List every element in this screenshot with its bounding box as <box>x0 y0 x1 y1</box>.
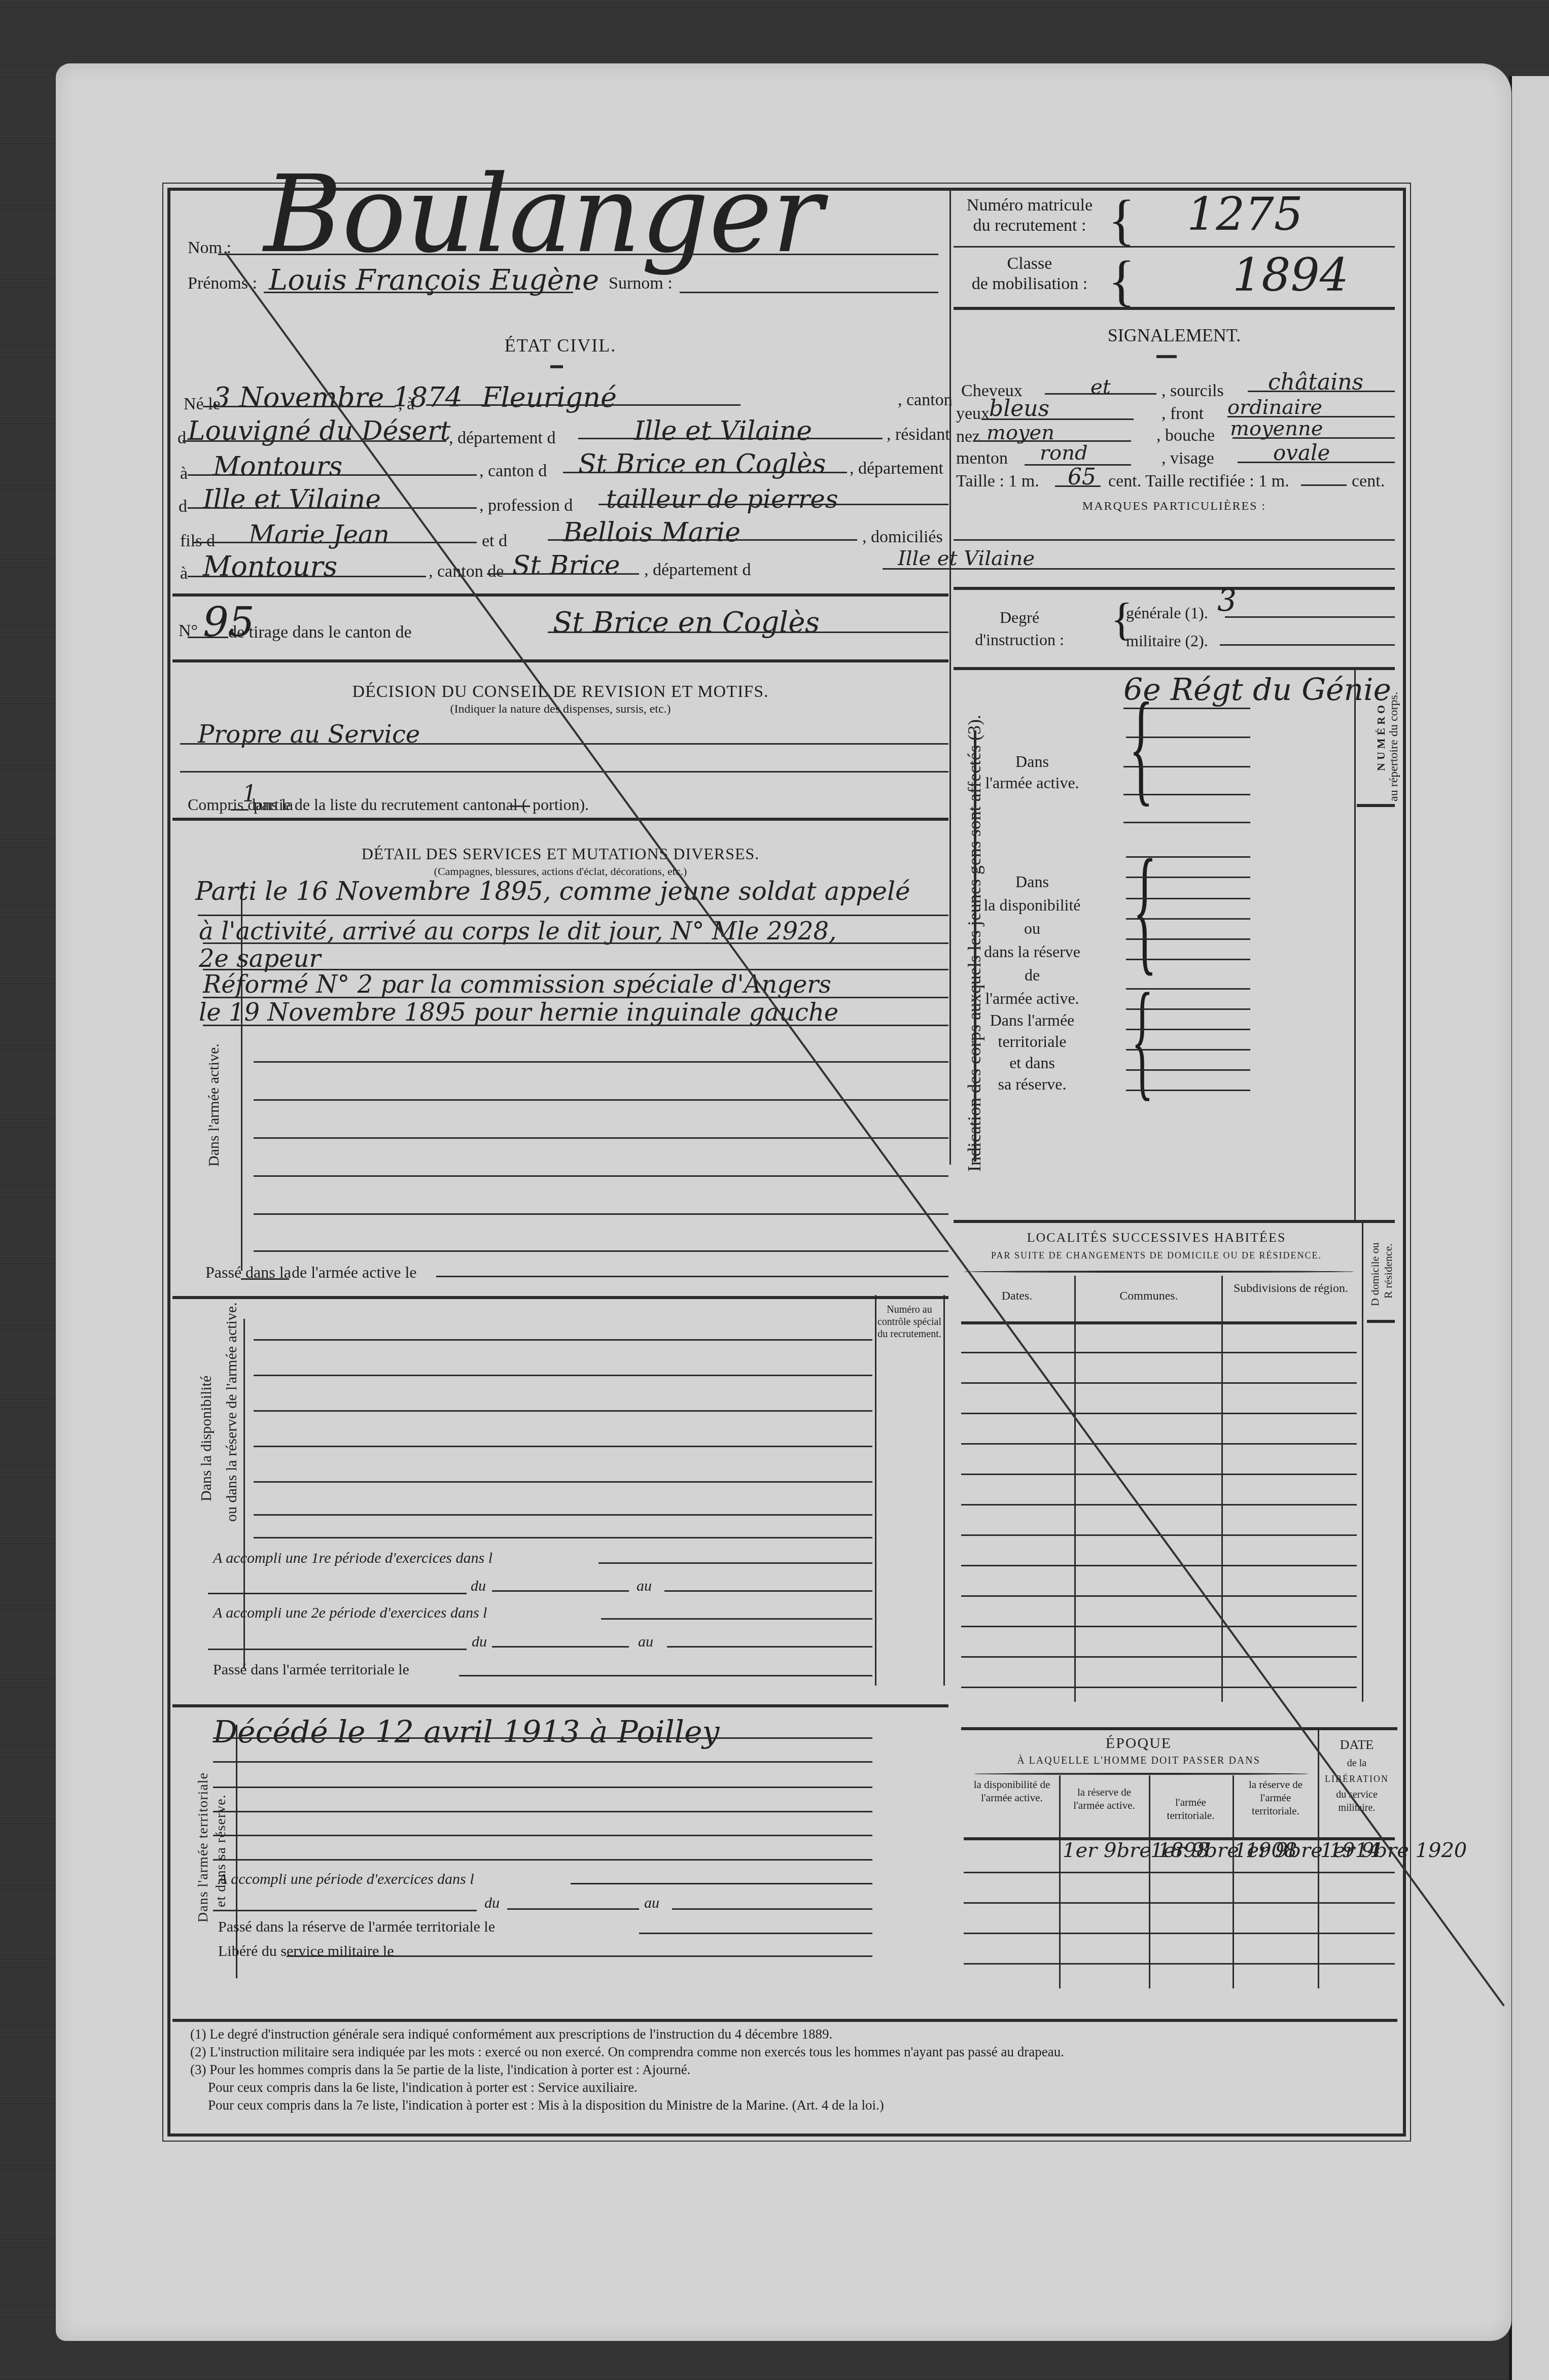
menton-value: rond <box>1040 441 1088 465</box>
nez-label: nez <box>956 427 980 446</box>
localites-subtitle: PAR SUITE DE CHANGEMENTS DE DOMICILE OU … <box>954 1250 1359 1261</box>
terr-side-divider <box>236 1725 237 1978</box>
services-rule-6 <box>254 1061 948 1063</box>
matricule-line <box>954 246 1395 248</box>
departement3-label: , département d <box>644 561 751 580</box>
profession-value: tailleur de pierres <box>606 484 838 514</box>
corps-dispo-line-6 <box>1126 959 1250 960</box>
departement-label: , département d <box>449 429 556 448</box>
epoque-col-territoriale: l'armée territoriale. <box>1151 1796 1230 1822</box>
epoque-brace-rule <box>974 1773 1309 1775</box>
marques-title: MARQUES PARTICULIÈRES : <box>954 500 1395 513</box>
portion-label: portion). <box>533 795 589 814</box>
yeux-line <box>981 418 1134 420</box>
localites-row-rule-10 <box>961 1626 1357 1627</box>
domicile-prefix: à <box>180 564 188 583</box>
services-rule-1 <box>198 915 948 916</box>
residant-line <box>188 474 477 476</box>
etat-civil-bottom-rule <box>172 593 948 597</box>
a-value: Fleurigné <box>482 381 617 413</box>
instruction-generale-value: 3 <box>1217 583 1237 619</box>
brace-classe: { <box>1108 249 1135 313</box>
visage-line <box>1238 462 1395 463</box>
localites-col-divider-1 <box>1074 1276 1076 1702</box>
sourcils-line <box>1248 391 1395 392</box>
numero-corps-label-1: NUMÉRO <box>1375 702 1388 771</box>
prenoms-line <box>264 292 573 293</box>
dispo-periode2-du-line-b <box>492 1646 629 1648</box>
services-line-5: le 19 Novembre 1895 pour hernie inguinal… <box>199 998 838 1027</box>
corps-terr-line-2 <box>1126 1008 1250 1010</box>
sourcils-label: , sourcils <box>1161 381 1224 401</box>
localites-row-rule-3 <box>961 1413 1357 1414</box>
a-line <box>426 404 741 406</box>
marques-line-1 <box>954 539 1395 541</box>
yeux-value: bleus <box>989 396 1049 422</box>
localites-row-rule-11 <box>961 1656 1357 1658</box>
profession-line <box>599 504 948 505</box>
canton2-label: , canton d <box>479 462 547 481</box>
bouche-line <box>1233 437 1395 439</box>
numero-controle-divider-right <box>943 1295 945 1686</box>
cheveux-line <box>1045 393 1156 395</box>
dispo-side-label-1: Dans la disponibilité <box>198 1376 215 1501</box>
canton-prefix: d <box>178 429 186 448</box>
instruction-bottom-rule <box>954 667 1395 670</box>
instruction-top-rule <box>954 587 1395 588</box>
services-rule-10 <box>254 1213 948 1215</box>
portion-line <box>510 806 530 807</box>
mere-line <box>548 539 857 541</box>
departement2-line <box>188 507 477 509</box>
corps-dispo-line-3 <box>1126 898 1250 899</box>
epoque-row-rule-4 <box>964 1963 1395 1965</box>
liberation-sub-2: LIBÉRATION <box>1319 1774 1395 1784</box>
localites-header-rule <box>961 1321 1357 1324</box>
terr-rule-4 <box>213 1811 872 1812</box>
liberation-sub-3: du service militaire. <box>1319 1788 1395 1814</box>
corps-active-line-4 <box>1123 794 1250 795</box>
adjacent-page-edge <box>1509 76 1549 2380</box>
terr-periode-label: A accompli une période d'exercices dans … <box>218 1871 474 1888</box>
pere-line <box>193 542 477 543</box>
dispo-passe-territoriale-line <box>459 1675 872 1676</box>
terr-passe-reserve-line <box>639 1933 872 1934</box>
bouche-label: , bouche <box>1156 426 1215 445</box>
epoque-col-disponibilite: la disponibilité de l'armée active. <box>966 1778 1058 1804</box>
dispo-periode2-du-line-a <box>208 1649 467 1650</box>
localites-side-label-1: D domicile ou <box>1368 1242 1382 1306</box>
footnote-1: (1) Le degré d'instruction générale sera… <box>190 2026 832 2042</box>
epoque-subtitle: À LAQUELLE L'HOMME DOIT PASSER DANS <box>964 1755 1314 1767</box>
corps-dispo-line-1 <box>1126 856 1250 858</box>
domicilies-label: , domiciliés <box>862 528 943 547</box>
epoque-col-reserve-active: la réserve de l'armée active. <box>1061 1786 1147 1812</box>
terr-periode-du-line-b <box>507 1908 639 1910</box>
localites-header-rule-d <box>1367 1320 1395 1323</box>
numero-controle-divider-left <box>875 1295 876 1686</box>
residant-prefix: à <box>180 464 188 483</box>
tirage-text: de tirage dans le canton de <box>228 623 412 642</box>
compris-partie-line <box>231 809 249 811</box>
dispo-periode1-au-label: au <box>637 1578 652 1595</box>
epoque-col-divider-3 <box>1233 1775 1234 1988</box>
terr-libere-line <box>287 1955 872 1957</box>
dispo-side-label-2: ou dans la réserve de l'armée active. <box>223 1302 240 1522</box>
corps-active-line-1 <box>1123 708 1250 709</box>
tirage-canton-line <box>548 632 948 633</box>
pere-value: Marie Jean <box>249 520 390 549</box>
front-label: , front <box>1161 404 1204 424</box>
domicile-value: Montours <box>203 550 337 582</box>
departement2-prefix: d <box>179 497 187 516</box>
matricule-label: Numéro matricule du recrutement : <box>954 195 1106 236</box>
numero-corps-rule <box>1357 804 1395 807</box>
footnote-5: Pour ceux compris dans la 7e liste, l'in… <box>208 2097 884 2113</box>
decision-line-2 <box>180 771 948 773</box>
terr-du-label: du <box>484 1895 500 1912</box>
corps-active-line-3 <box>1123 766 1250 767</box>
dispo-periode2-du-label: du <box>472 1633 487 1651</box>
services-passe-line-2 <box>436 1276 948 1277</box>
dispo-rule-4 <box>254 1446 872 1447</box>
instruction-militaire-label: militaire (2). <box>1126 632 1208 650</box>
profession-label: , profession d <box>479 496 573 515</box>
brace-matricule: { <box>1108 188 1135 252</box>
taille-cent-label: cent. Taille rectifiée : 1 m. <box>1108 472 1289 491</box>
terr-au-label: au <box>644 1895 659 1912</box>
dispo-periode2-au-line <box>667 1646 872 1648</box>
terr-rule-2 <box>213 1761 872 1763</box>
corps-dispo-line-5 <box>1126 938 1250 940</box>
localites-row-rule-6 <box>961 1504 1357 1506</box>
services-bottom-rule <box>172 1296 948 1299</box>
corps-active-line-5 <box>1123 822 1250 823</box>
dispo-periode1-label: A accompli une 1re période d'exercices d… <box>213 1550 492 1567</box>
localites-title: LOCALITÉS SUCCESSIVES HABITÉES <box>954 1230 1359 1245</box>
services-line-4: Réformé N° 2 par la commission spéciale … <box>203 970 831 999</box>
dispo-periode1-du-line-a <box>208 1593 467 1594</box>
right-column-divider <box>949 191 951 1165</box>
localites-side-divider <box>1362 1220 1363 1702</box>
dispo-passe-territoriale-label: Passé dans l'armée territoriale le <box>213 1661 409 1678</box>
epoque-top-rule <box>961 1727 1397 1730</box>
cheveux-value: et <box>1090 375 1111 399</box>
taille-label: Taille : 1 m. <box>956 472 1039 491</box>
numero-controle-label: Numéro au contrôle spécial du recrutemen… <box>876 1304 942 1340</box>
tirage-numero-line <box>188 637 228 638</box>
canton3-label: , canton de <box>429 562 504 581</box>
terr-periode-line <box>571 1883 872 1884</box>
signalement-title: SIGNALEMENT. <box>954 325 1395 346</box>
visage-label: , visage <box>1161 449 1214 468</box>
taille-rectifiee-line <box>1301 484 1347 486</box>
services-rule-9 <box>254 1175 948 1177</box>
services-rule-11 <box>254 1250 948 1252</box>
services-passe-mid: de l'armée active le <box>292 1263 417 1282</box>
taille-line <box>1055 485 1101 487</box>
surnom-label: Surnom : <box>609 274 673 293</box>
localites-row-rule-5 <box>961 1474 1357 1475</box>
epoque-col-divider-1 <box>1059 1775 1061 1988</box>
localites-col-communes: Communes. <box>1078 1289 1220 1303</box>
fils-de-label: fils d <box>180 532 215 551</box>
instruction-generale-line <box>1225 616 1395 618</box>
corps-terr-line-1 <box>1126 988 1250 990</box>
corps-active-value: 6e Régt du Génie <box>1123 672 1391 708</box>
dispo-periode1-du-label: du <box>471 1578 486 1595</box>
decision-line-1 <box>180 743 948 745</box>
departement2-label: , département <box>850 459 943 478</box>
canton2-value: St Brice en Coglès <box>578 449 826 479</box>
canton3-line <box>487 573 639 575</box>
terr-periode-au-line <box>672 1908 872 1910</box>
localites-col-subdivisions: Subdivisions de région. <box>1225 1281 1357 1296</box>
domicile-line <box>188 576 426 577</box>
liberation-title: DATE <box>1319 1737 1395 1753</box>
dispo-periode2-line <box>601 1618 872 1620</box>
tirage-canton: St Brice en Coglès <box>553 606 820 639</box>
compris-rest: partie de la liste du recrutement canton… <box>254 795 527 814</box>
services-line-1: Parti le 16 Novembre 1895, comme jeune s… <box>195 877 910 906</box>
localites-row-rule-8 <box>961 1565 1357 1566</box>
dispo-periode2-au-label: au <box>638 1633 653 1651</box>
menton-label: menton <box>956 449 1008 468</box>
footnote-2: (2) L'instruction militaire sera indiqué… <box>190 2044 1064 2060</box>
signalement-rule <box>1156 355 1177 358</box>
localites-row-rule-2 <box>961 1382 1357 1384</box>
cent-label: cent. <box>1352 472 1385 491</box>
corps-left-bracket <box>974 730 976 1162</box>
localites-row-rule-4 <box>961 1443 1357 1445</box>
terr-rule-5 <box>213 1835 872 1836</box>
services-rule-2 <box>203 942 948 944</box>
et-de-label: et d <box>482 532 507 551</box>
localites-row-rule-9 <box>961 1595 1357 1597</box>
services-passe-line-1 <box>241 1278 289 1280</box>
epoque-col-reserve-territoriale: la réserve de l'armée territoriale. <box>1235 1778 1316 1817</box>
canton3-value: St Brice <box>512 550 620 581</box>
terr-rule-1 <box>213 1737 872 1739</box>
residant-label: , résidant <box>887 425 950 444</box>
tirage-bottom-rule <box>172 659 948 662</box>
mere-value: Bellois Marie <box>563 517 741 548</box>
departement3-line <box>883 568 1395 570</box>
departement2-value: Ille et Vilaine <box>203 484 381 515</box>
dispo-rule-2 <box>254 1375 872 1376</box>
yeux-label: yeux <box>956 404 990 424</box>
epoque-col-divider-2 <box>1149 1775 1150 1988</box>
corps-dispo-line-2 <box>1126 877 1250 878</box>
corps-terr-brace: { <box>1132 964 1154 1115</box>
localites-row-rule-1 <box>961 1352 1357 1353</box>
numero-corps-label-2: au répertoire du corps. <box>1387 692 1401 801</box>
instruction-militaire-line <box>1220 644 1395 646</box>
dispo-rule-5 <box>254 1481 872 1483</box>
ne-le-line <box>203 406 396 407</box>
dispo-periode1-line <box>599 1562 872 1564</box>
corps-dispo-label: Dans la disponibilité ou dans la réserve… <box>979 870 1085 1010</box>
decision-title: DÉCISION DU CONSEIL DE REVISION ET MOTIF… <box>172 682 948 702</box>
services-title: DÉTAIL DES SERVICES ET MUTATIONS DIVERSE… <box>172 845 948 863</box>
terr-rule-3 <box>213 1787 872 1788</box>
surnom-line <box>680 292 938 293</box>
nom-line <box>218 254 938 255</box>
dispo-periode1-au-line <box>664 1590 872 1592</box>
matricule-value: 1275 <box>1187 188 1303 241</box>
liberation-value: 1er 9bre 1920 <box>1320 1839 1467 1862</box>
classe-label: Classe de mobilisation : <box>954 254 1106 294</box>
residant-value: Montours <box>213 451 342 482</box>
canton-line <box>183 440 446 442</box>
terr-libere-label: Libéré du service militaire le <box>218 1943 394 1960</box>
localites-row-rule-12 <box>961 1687 1357 1688</box>
dispo-rule-6 <box>254 1514 872 1516</box>
terr-periode-du-line-a <box>213 1910 477 1911</box>
services-rule-5 <box>203 1025 948 1026</box>
canton2-line <box>563 472 847 473</box>
terr-rule-6 <box>213 1859 872 1861</box>
footnote-3: (3) Pour les hommes compris dans la 5e p… <box>190 2062 690 2078</box>
a-label: , à <box>398 395 414 414</box>
dispo-bottom-rule <box>172 1704 948 1707</box>
services-side-label: Dans l'armée active. <box>205 1043 223 1167</box>
departement-line <box>578 438 883 439</box>
terr-passe-reserve-label: Passé dans la réserve de l'armée territo… <box>218 1918 495 1936</box>
terr-side-label-1: Dans l'armée territoriale <box>195 1772 212 1922</box>
dispo-periode2-label: A accompli une 2e période d'exercices da… <box>213 1604 487 1622</box>
dispo-rule-1 <box>254 1339 872 1341</box>
footnote-4: Pour ceux compris dans la 6e liste, l'in… <box>208 2080 638 2095</box>
instruction-label: Degré d'instruction : <box>954 606 1085 651</box>
numero-corps-divider <box>1354 670 1356 1222</box>
epoque-title: ÉPOQUE <box>964 1735 1314 1752</box>
services-line-2: à l'activité, arrivé au corps le dit jou… <box>199 917 836 946</box>
nom-value: Boulanger <box>264 152 823 276</box>
dispo-rule-7 <box>254 1537 872 1538</box>
departement-value: Ille et Vilaine <box>634 416 812 446</box>
localites-brace-rule <box>964 1271 1354 1273</box>
dispo-periode1-du-line-b <box>492 1590 629 1592</box>
classe-value: 1894 <box>1233 249 1349 302</box>
corps-active-line-2 <box>1126 737 1250 738</box>
corps-dispo-line-4 <box>1126 918 1250 920</box>
localites-col-divider-2 <box>1221 1276 1223 1702</box>
services-rule-8 <box>254 1137 948 1139</box>
epoque-row-rule-2 <box>964 1902 1395 1904</box>
corps-terr-line-4 <box>1126 1049 1250 1051</box>
departement3-value: Ille et Vilaine <box>898 547 1035 570</box>
etat-civil-rule <box>550 365 563 368</box>
canton-label: , canton <box>898 391 953 410</box>
dispo-rule-3 <box>254 1410 872 1412</box>
corps-terr-line-5 <box>1126 1069 1250 1071</box>
localites-top-rule <box>954 1220 1395 1223</box>
footnotes-top-rule <box>172 2019 1397 2022</box>
instruction-generale-label: générale (1). <box>1126 604 1208 622</box>
marques-line-2 <box>954 588 1395 590</box>
corps-terr-line-3 <box>1126 1029 1250 1030</box>
epoque-row-rule-3 <box>964 1933 1395 1934</box>
localites-col-dates: Dates. <box>964 1289 1070 1303</box>
corps-terr-line-6 <box>1126 1090 1250 1091</box>
corps-active-label: Dans l'armée active. <box>979 751 1085 793</box>
epoque-value-rule <box>964 1872 1395 1873</box>
classe-line <box>954 307 1395 310</box>
localites-side-label-2: R résidence. <box>1382 1243 1395 1299</box>
corps-terr-label: Dans l'armée territoriale et dans sa rés… <box>979 1009 1085 1095</box>
decision-bottom-rule <box>172 818 948 821</box>
terr-deces-value: Décédé le 12 avril 1913 à Poilley <box>213 1714 719 1750</box>
canton-value: Louvigné du Désert <box>188 416 450 446</box>
